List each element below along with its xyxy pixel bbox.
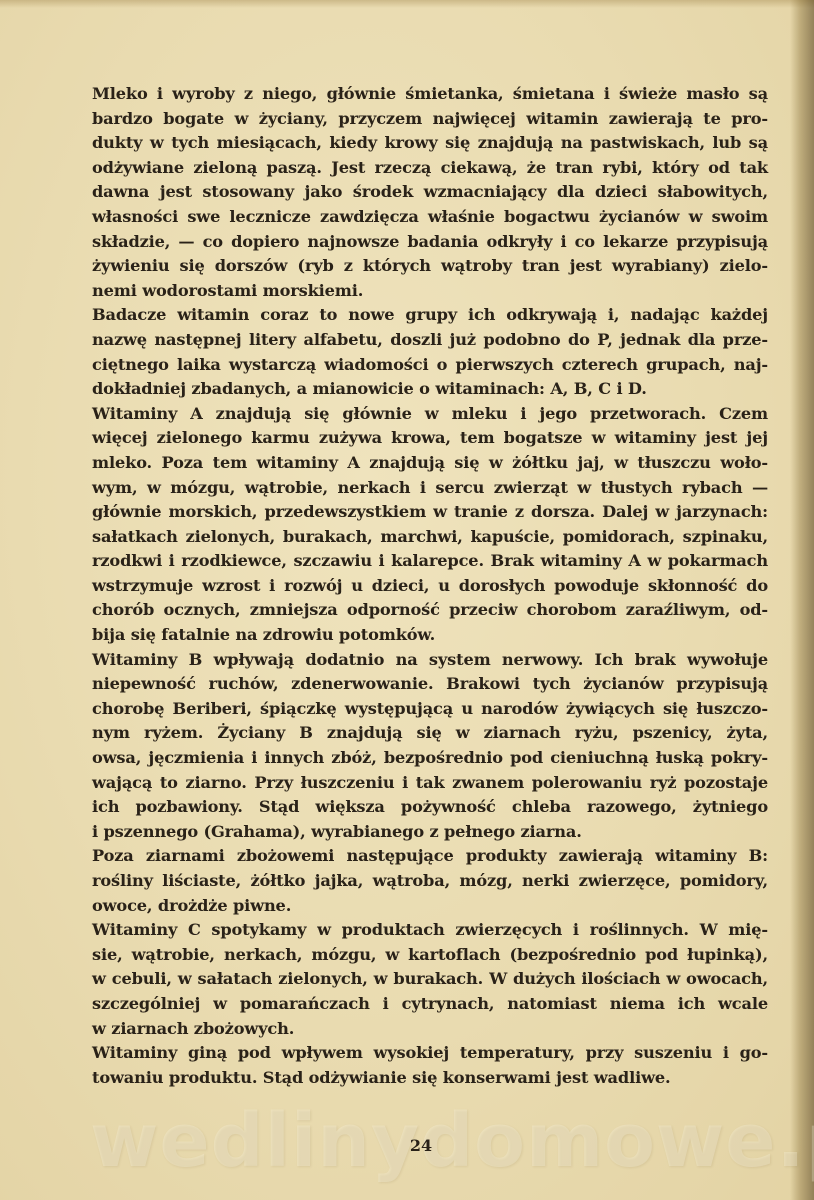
text-line: nazwę następnej litery alfabetu, doszli …	[92, 328, 768, 353]
text-line: niepewność ruchów, zdenerwowanie. Brakow…	[92, 672, 768, 697]
text-line: w ziarnach zbożowych.	[92, 1017, 768, 1042]
text-line: głównie morskich, przedewszystkiem w tra…	[92, 500, 768, 525]
text-line: odżywiane zieloną paszą. Jest rzeczą cie…	[92, 156, 768, 181]
text-line: wym, w mózgu, wątrobie, nerkach i sercu …	[92, 476, 768, 501]
paragraph-vitamin-b-sources: Poza ziarnami zbożowemi następujące prod…	[92, 844, 768, 918]
text-line: dukty w tych miesiącach, kiedy krowy się…	[92, 131, 768, 156]
text-line: wstrzymuje wzrost i rozwój u dzieci, u d…	[92, 574, 768, 599]
text-line: mleko. Poza tem witaminy A znajdują się …	[92, 451, 768, 476]
text-line: Mleko i wyroby z niego, głównie śmietank…	[92, 82, 768, 107]
page-number: 24	[0, 1136, 814, 1155]
text-line: bardzo bogate w życiany, przyczem najwię…	[92, 107, 768, 132]
paragraph-vitamin-b: Witaminy B wpływają dodatnio na system n…	[92, 648, 768, 845]
text-line: nemi wodorostami morskiemi.	[92, 279, 768, 304]
text-line: własności swe lecznicze zawdzięcza właśn…	[92, 205, 768, 230]
text-line: Witaminy A znajdują się głównie w mleku …	[92, 402, 768, 427]
text-line: rzodkwi i rzodkiewce, szczawiu i kalarep…	[92, 549, 768, 574]
text-line: bija się fatalnie na zdrowiu potomków.	[92, 623, 768, 648]
text-line: w cebuli, w sałatach zielonych, w buraka…	[92, 967, 768, 992]
paragraph-vitamin-c: Witaminy C spotykamy w produktach zwierz…	[92, 918, 768, 1041]
text-line: sie, wątrobie, nerkach, mózgu, w kartofl…	[92, 943, 768, 968]
text-line: sałatkach zielonych, burakach, marchwi, …	[92, 525, 768, 550]
text-line: Witaminy B wpływają dodatnio na system n…	[92, 648, 768, 673]
text-line: Witaminy giną pod wpływem wysokiej tempe…	[92, 1041, 768, 1066]
paragraph-vitamin-a: Witaminy A znajdują się głównie w mleku …	[92, 402, 768, 648]
text-line: szczególniej w pomarańczach i cytrynach,…	[92, 992, 768, 1017]
text-line: żywieniu się dorszów (ryb z których wątr…	[92, 254, 768, 279]
paragraph-researchers: Badacze witamin coraz to nowe grupy ich …	[92, 303, 768, 401]
text-line: chorobę Beriberi, śpiączkę występującą u…	[92, 697, 768, 722]
book-page: Mleko i wyroby z niego, głównie śmietank…	[0, 0, 814, 1200]
body-text: Mleko i wyroby z niego, głównie śmietank…	[92, 82, 768, 1090]
text-line: rośliny liściaste, żółtko jajka, wątroba…	[92, 869, 768, 894]
text-line: i pszennego (Grahama), wyrabianego z peł…	[92, 820, 768, 845]
text-line: ciętnego laika wystarczą wiadomości o pi…	[92, 353, 768, 378]
paragraph-milk: Mleko i wyroby z niego, głównie śmietank…	[92, 82, 768, 303]
text-line: Badacze witamin coraz to nowe grupy ich …	[92, 303, 768, 328]
text-line: owsa, jęczmienia i innych zbóż, bezpośre…	[92, 746, 768, 771]
text-line: więcej zielonego karmu zużywa krowa, tem…	[92, 426, 768, 451]
text-line: Witaminy C spotykamy w produktach zwierz…	[92, 918, 768, 943]
text-line: wającą to ziarno. Przy łuszczeniu i tak …	[92, 771, 768, 796]
text-line: towaniu produktu. Stąd odżywianie się ko…	[92, 1066, 768, 1091]
text-line: Poza ziarnami zbożowemi następujące prod…	[92, 844, 768, 869]
text-line: dawna jest stosowany jako środek wzmacni…	[92, 180, 768, 205]
text-line: nym ryżem. Życiany B znajdują się w ziar…	[92, 721, 768, 746]
text-line: dokładniej zbadanych, a mianowicie o wit…	[92, 377, 768, 402]
paragraph-temperature: Witaminy giną pod wpływem wysokiej tempe…	[92, 1041, 768, 1090]
text-line: ich pozbawiony. Stąd większa pożywność c…	[92, 795, 768, 820]
text-line: owoce, drożdże piwne.	[92, 894, 768, 919]
text-line: chorób ocznych, zmniejsza odporność prze…	[92, 598, 768, 623]
text-line: składzie, — co dopiero najnowsze badania…	[92, 230, 768, 255]
